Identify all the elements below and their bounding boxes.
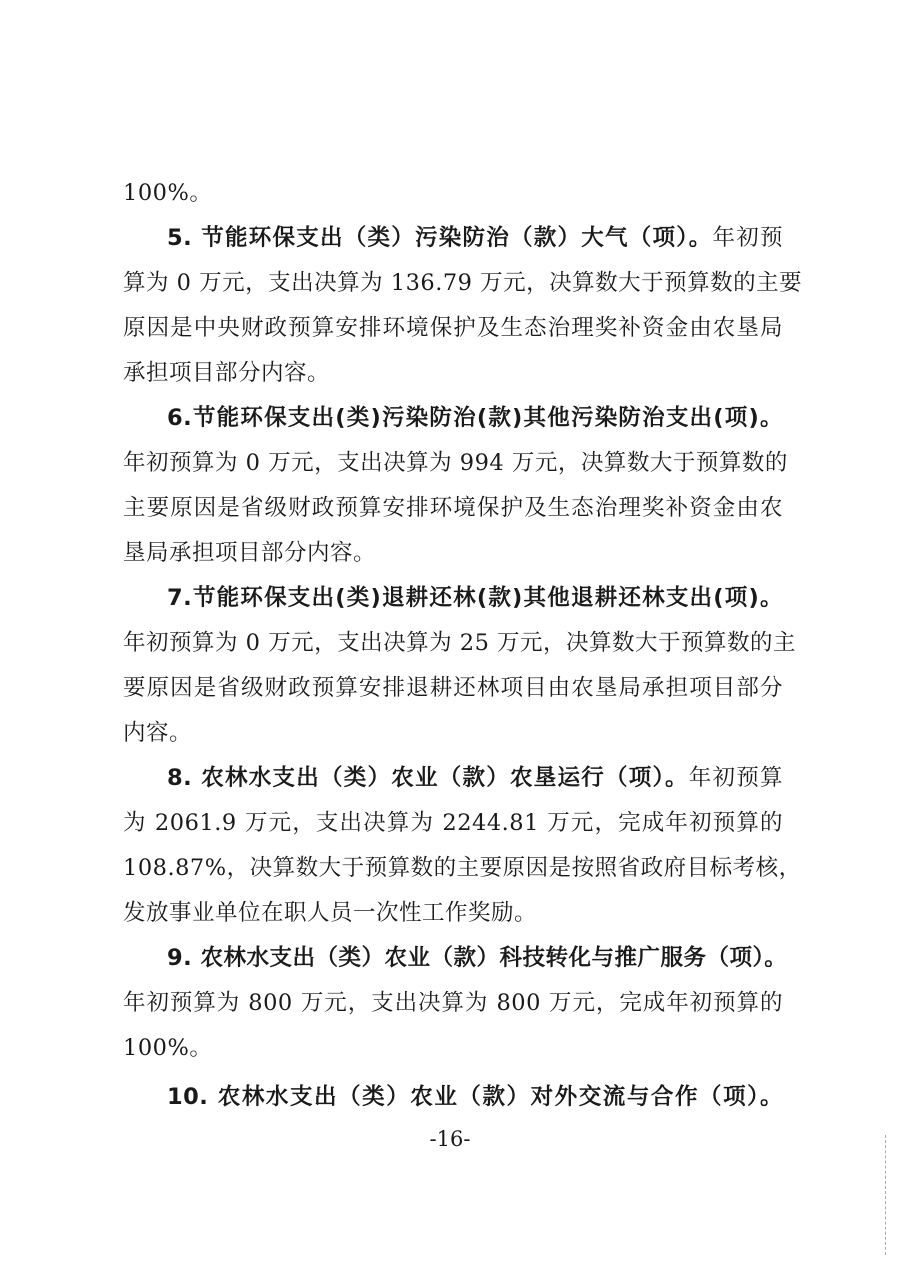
- paragraph-line: 主要原因是省级财政预算安排环境保护及生态治理奖补资金由农: [123, 488, 783, 528]
- paragraph-line: 发放事业单位在职人员一次性工作奖励。: [123, 893, 783, 933]
- text: 100%。: [123, 1035, 212, 1061]
- paragraph-line: 垦局承担项目部分内容。: [123, 533, 783, 573]
- item-heading-text: 8. 农林水支出（类）农业（款）农垦运行（项）。: [167, 765, 689, 791]
- paragraph-line: 算为 0 万元，支出决算为 136.79 万元，决算数大于预算数的主要: [123, 263, 783, 303]
- paragraph-line: 要原因是省级财政预算安排退耕还林项目由农垦局承担项目部分: [123, 668, 783, 708]
- paragraph-line: 为 2061.9 万元，支出决算为 2244.81 万元，完成年初预算的: [123, 803, 783, 843]
- item-heading-text: 7.节能环保支出(类)退耕还林(款)其他退耕还林支出(项)。: [167, 585, 783, 611]
- page-number: -16-: [0, 1124, 900, 1154]
- item-heading-text: 5. 节能环保支出（类）污染防治（款）大气（项）。: [167, 225, 712, 251]
- text: 承担项目部分内容。: [123, 360, 330, 386]
- text: 年初预: [712, 225, 783, 251]
- item-9-heading: 9. 农林水支出（类）农业（款）科技转化与推广服务（项）。: [167, 938, 783, 978]
- item-8-heading: 8. 农林水支出（类）农业（款）农垦运行（项）。年初预算: [167, 758, 783, 798]
- item-5-heading: 5. 节能环保支出（类）污染防治（款）大气（项）。年初预: [167, 218, 783, 258]
- text: 100%。: [123, 180, 212, 206]
- paragraph-line: 100%。: [123, 1028, 783, 1068]
- item-heading-text: 10. 农林水支出（类）农业（款）对外交流与合作（项）。: [167, 1084, 783, 1110]
- text: 算为 0 万元，支出决算为 136.79 万元，决算数大于预算数的主要: [123, 270, 802, 296]
- item-7-heading: 7.节能环保支出(类)退耕还林(款)其他退耕还林支出(项)。: [167, 578, 783, 618]
- item-10-heading: 10. 农林水支出（类）农业（款）对外交流与合作（项）。: [167, 1077, 783, 1117]
- paragraph-line: 年初预算为 800 万元，支出决算为 800 万元，完成年初预算的: [123, 983, 783, 1023]
- paragraph-line: 承担项目部分内容。: [123, 353, 783, 393]
- binding-margin-line: [885, 1135, 887, 1255]
- text: 年初预算为 0 万元，支出决算为 994 万元，决算数大于预算数的: [123, 450, 788, 476]
- paragraph-line: 年初预算为 0 万元，支出决算为 25 万元，决算数大于预算数的主: [123, 623, 783, 663]
- item-heading-text: 6.节能环保支出(类)污染防治(款)其他污染防治支出(项)。: [167, 405, 783, 431]
- text: 主要原因是省级财政预算安排环境保护及生态治理奖补资金由农: [123, 495, 783, 521]
- text: 年初预算为 800 万元，支出决算为 800 万元，完成年初预算的: [123, 990, 783, 1016]
- text: 垦局承担项目部分内容。: [123, 540, 376, 566]
- text: 内容。: [123, 720, 192, 746]
- item-heading-text: 9. 农林水支出（类）农业（款）科技转化与推广服务（项）。: [167, 945, 787, 971]
- paragraph-line: 内容。: [123, 713, 783, 753]
- text: 年初预算为 0 万元，支出决算为 25 万元，决算数大于预算数的主: [123, 630, 796, 656]
- text: 为 2061.9 万元，支出决算为 2244.81 万元，完成年初预算的: [123, 810, 783, 836]
- item-6-heading: 6.节能环保支出(类)污染防治(款)其他污染防治支出(项)。: [167, 398, 783, 438]
- text: 原因是中央财政预算安排环境保护及生态治理奖补资金由农垦局: [123, 315, 783, 341]
- paragraph-line: 100%。: [123, 173, 783, 213]
- paragraph-line: 年初预算为 0 万元，支出决算为 994 万元，决算数大于预算数的: [123, 443, 783, 483]
- paragraph-line: 原因是中央财政预算安排环境保护及生态治理奖补资金由农垦局: [123, 308, 783, 348]
- text: 年初预算: [689, 765, 783, 791]
- paragraph-line: 108.87%，决算数大于预算数的主要原因是按照省政府目标考核，: [123, 848, 783, 888]
- text: 108.87%，决算数大于预算数的主要原因是按照省政府目标考核，: [123, 855, 802, 881]
- text: 要原因是省级财政预算安排退耕还林项目由农垦局承担项目部分: [123, 675, 783, 701]
- text: 发放事业单位在职人员一次性工作奖励。: [123, 900, 537, 926]
- document-page: 100%。 5. 节能环保支出（类）污染防治（款）大气（项）。年初预 算为 0 …: [0, 0, 900, 1273]
